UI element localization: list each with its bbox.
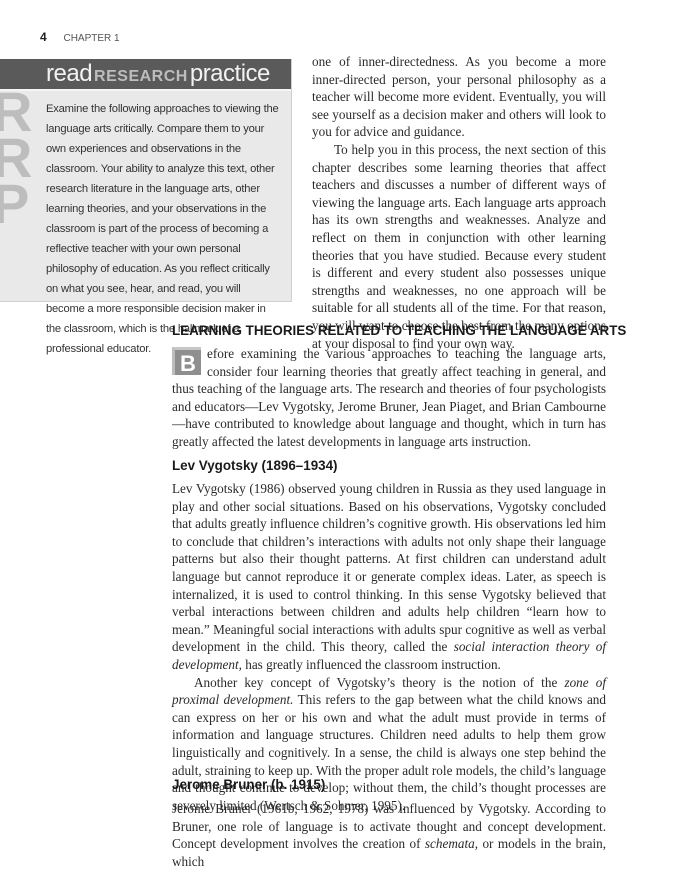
intro-text: efore examining the various approaches t… [172,346,606,449]
rrp-text: Examine the following approaches to view… [46,99,282,359]
chapter-label: CHAPTER 1 [63,33,119,44]
vygotsky-section: Lev Vygotsky (1986) observed young child… [172,480,606,814]
vygotsky-p1-text-end: has greatly influenced the classroom ins… [242,657,501,672]
rrp-title-practice: practice [190,60,270,87]
section-intro: Before examining the various approaches … [172,345,606,451]
bruner-section: Jerome Bruner (1961b, 1962, 1978) was in… [172,800,606,870]
running-head: 4 CHAPTER 1 [40,30,120,44]
bruner-heading: Jerome Bruner (b. 1915) [172,777,325,792]
right-paragraph-1: one of inner-directedness. As you become… [312,53,606,141]
page-number: 4 [40,30,47,44]
rrp-title: readRESEARCHpractice [46,60,270,88]
intro-paragraph: Before examining the various approaches … [172,345,606,451]
bruner-p1-emphasis: schemata, [425,836,478,851]
vygotsky-heading: Lev Vygotsky (1896–1934) [172,458,338,473]
dropcap-b: B [172,347,201,375]
vygotsky-paragraph-2: Another key concept of Vygotsky’s theory… [172,674,606,815]
vygotsky-p1-text: Lev Vygotsky (1986) observed young child… [172,481,606,654]
rrp-title-read: read [46,60,92,87]
vygotsky-p2-text-end: This refers to the gap between what the … [172,692,606,813]
vygotsky-p2-text: Another key concept of Vygotsky’s theory… [194,675,564,690]
rrp-banner: readRESEARCHpractice [0,59,291,91]
rrp-letters-decoration: R R P [0,89,36,227]
right-paragraph-2: To help you in this process, the next se… [312,141,606,352]
read-research-practice-box: readRESEARCHpractice R R P Examine the f… [0,59,292,302]
right-column: one of inner-directedness. As you become… [312,53,606,352]
rrp-title-research: RESEARCH [94,68,188,85]
bruner-paragraph-1: Jerome Bruner (1961b, 1962, 1978) was in… [172,800,606,870]
section-heading: LEARNING THEORIES RELATED TO TEACHING TH… [172,323,626,338]
vygotsky-paragraph-1: Lev Vygotsky (1986) observed young child… [172,480,606,674]
